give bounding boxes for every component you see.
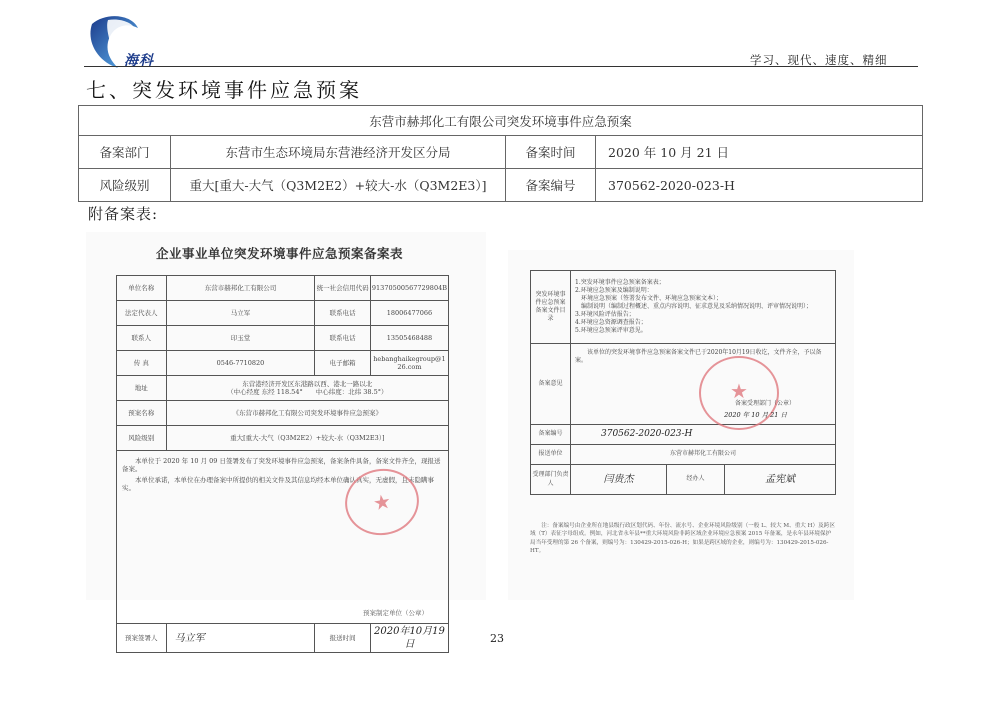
- plan-name-value: 《东营市赫邦化工有限公司突发环境事件应急预案》: [166, 401, 448, 426]
- opinion-label: 备案意见: [531, 344, 571, 425]
- signer-signature: 马立军: [166, 624, 315, 653]
- record-no-note: 注：备案编号由企业所在地县级行政区划代码、年份、流水号、企业环境风险级别（一般 …: [530, 522, 836, 556]
- file-list-item: 5.环境应急预案评审意见。: [575, 327, 831, 335]
- address-line-2: （中心经度 东经 118.54° 中心纬度：北纬 38.5°）: [168, 388, 447, 396]
- legal-rep-label: 法定代表人: [117, 301, 167, 326]
- address-label: 地址: [117, 376, 167, 401]
- fax-label: 传 真: [117, 351, 167, 376]
- declaration: 本单位于 2020 年 10 月 09 日签署发布了突发环境事件应急预案，备案条…: [117, 451, 449, 624]
- email-value: hebanghaikegroup@126.com: [370, 351, 448, 376]
- header-divider: [84, 66, 918, 67]
- plan-name-label: 预案名称: [117, 401, 167, 426]
- opinion-cell: 该单位的突发环境事件应急预案备案文件已于2020年10月19日收讫，文件齐全，予…: [571, 344, 836, 425]
- submit-unit-value: 东营市赫邦化工有限公司: [571, 445, 836, 465]
- table-row: 风险级别 重大[重大-大气（Q3M2E2）+较大-水（Q3M2E3）] 备案编号…: [79, 169, 923, 202]
- file-list-item: 2.环境应急预案及编制说明：: [575, 287, 831, 295]
- record-form-table: 单位名称 东营市赫邦化工有限公司 统一社会信用代码 91370500567729…: [116, 275, 449, 653]
- submit-unit-label: 报送单位: [531, 445, 571, 465]
- opinion-dept: 备案受理部门（公章）: [735, 400, 795, 408]
- handler-label: 经办人: [667, 465, 725, 495]
- scanned-record-form-page2: 突发环境事件应急预案备案文件目录 1.突发环境事件应急预案备案表；2.环境应急预…: [508, 250, 854, 600]
- dept-head-signature: 闫贵杰: [571, 465, 667, 495]
- record-dept-value: 东营市生态环境局东营港经济开发区分局: [171, 136, 506, 169]
- file-list-item: 环境应急预案（签署发布文件、环境应急预案文本）；: [575, 295, 831, 303]
- opinion-date: 2020 年 10 月 21 日: [724, 411, 787, 420]
- handler-signature: 孟宪斌: [725, 465, 836, 495]
- record-no-value: 370562-2020-023-H: [596, 169, 923, 202]
- record-no-value: 370562-2020-023-H: [571, 425, 836, 445]
- address-line-1: 东营港经济开发区东港路以西、港北一路以北: [168, 380, 447, 388]
- record-form-table-page2: 突发环境事件应急预案备案文件目录 1.突发环境事件应急预案备案表；2.环境应急预…: [530, 270, 836, 495]
- submit-time-label: 报送时间: [315, 624, 371, 653]
- address-value: 东营港经济开发区东港路以西、港北一路以北 （中心经度 东经 118.54° 中心…: [166, 376, 448, 401]
- plan-info-table: 东营市赫邦化工有限公司突发环境事件应急预案 备案部门 东营市生态环境局东营港经济…: [78, 105, 923, 202]
- risk-level-label: 风险级别: [79, 169, 171, 202]
- unit-name-value: 东营市赫邦化工有限公司: [166, 276, 315, 301]
- stamp-caption: 预案制定单位（公章）: [363, 609, 428, 617]
- phone-label: 联系电话: [315, 326, 371, 351]
- files-label: 突发环境事件应急预案备案文件目录: [531, 271, 571, 344]
- dept-head-label: 受理部门负责人: [531, 465, 571, 495]
- opinion-text: 该单位的突发环境事件应急预案备案文件已于2020年10月19日收讫，文件齐全，予…: [575, 349, 831, 365]
- file-list-item: 1.突发环境事件应急预案备案表；: [575, 279, 831, 287]
- phone-label: 联系电话: [315, 301, 371, 326]
- logo-text: 海科: [124, 50, 154, 70]
- record-no-label: 备案编号: [531, 425, 571, 445]
- risk-value: 重大[重大-大气（Q3M2E2）+较大-水（Q3M2E3）]: [166, 426, 448, 451]
- legal-rep-value: 马立军: [166, 301, 315, 326]
- attachment-label: 附备案表:: [88, 203, 158, 224]
- record-no-label: 备案编号: [506, 169, 596, 202]
- contact-label: 联系人: [117, 326, 167, 351]
- file-list-item: 3.环境风险评估报告；: [575, 311, 831, 319]
- record-form-title: 企业事业单位突发环境事件应急预案备案表: [156, 244, 403, 262]
- files-list: 1.突发环境事件应急预案备案表；2.环境应急预案及编制说明： 环境应急预案（签署…: [571, 271, 836, 344]
- submit-time-value: 2020年10月19日: [370, 624, 448, 653]
- legal-rep-phone: 18006477066: [370, 301, 448, 326]
- risk-level-value: 重大[重大-大气（Q3M2E2）+较大-水（Q3M2E3）]: [171, 169, 506, 202]
- record-time-label: 备案时间: [506, 136, 596, 169]
- section-title: 七、突发环境事件应急预案: [86, 74, 362, 103]
- contact-phone: 13505468488: [370, 326, 448, 351]
- record-dept-label: 备案部门: [79, 136, 171, 169]
- fax-value: 0546-7710820: [166, 351, 315, 376]
- page-number: 23: [490, 632, 504, 645]
- credit-code-label: 统一社会信用代码: [315, 276, 371, 301]
- table-row: 备案部门 东营市生态环境局东营港经济开发区分局 备案时间 2020 年 10 月…: [79, 136, 923, 169]
- plan-info-title: 东营市赫邦化工有限公司突发环境事件应急预案: [79, 106, 923, 136]
- record-time-value: 2020 年 10 月 21 日: [596, 136, 923, 169]
- contact-value: 印玉堂: [166, 326, 315, 351]
- file-list-item: 编制说明（编制过程概述、重点内容说明、征求意见及采纳情况说明、评审情况说明）；: [575, 303, 831, 311]
- signer-label: 预案签署人: [117, 624, 167, 653]
- credit-code-value: 91370500567729804B: [370, 276, 448, 301]
- email-label: 电子邮箱: [315, 351, 371, 376]
- risk-label: 风险级别: [117, 426, 167, 451]
- scanned-record-form: 企业事业单位突发环境事件应急预案备案表 单位名称 东营市赫邦化工有限公司 统一社…: [86, 232, 486, 600]
- unit-name-label: 单位名称: [117, 276, 167, 301]
